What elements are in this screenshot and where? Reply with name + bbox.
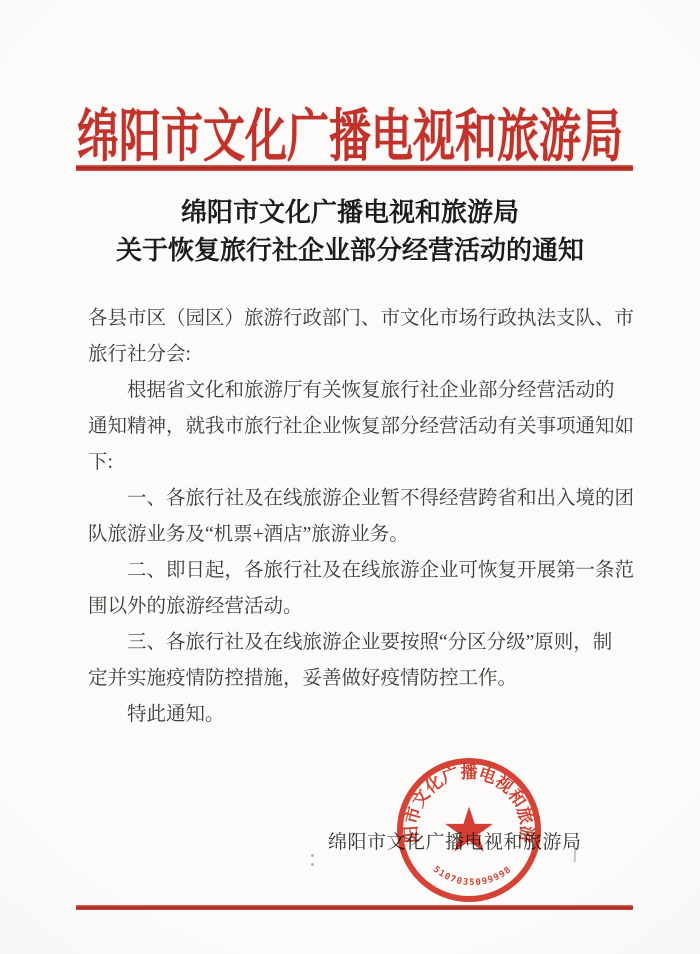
letterhead-bureau-title: 绵阳市文化广播电视和旅游局 (0, 92, 700, 173)
body-line: 下: (88, 445, 640, 481)
footer-divider (76, 905, 633, 910)
body-line: 各县市区（园区）旅游行政部门、市文化市场行政执法支队、市 (88, 301, 640, 337)
body-line: 一、各旅行社及在线旅游企业暂不得经营跨省和出入境的团 (88, 481, 640, 517)
body-line: 三、各旅行社及在线旅游企业要按照“分区分级”原则，制 (88, 625, 640, 661)
body-line: 围以外的旅游经营活动。 (88, 589, 640, 625)
scan-artifact (311, 854, 314, 857)
body-line: 旅行社分会: (88, 337, 640, 373)
document-page: 绵阳市文化广播电视和旅游局 绵阳市文化广播电视和旅游局 关于恢复旅行社企业部分经… (0, 0, 700, 954)
body-line: 定并实施疫情防控措施，妥善做好疫情防控工作。 (88, 661, 640, 697)
seal-star-icon: ★ (441, 794, 497, 867)
notice-title-line1: 绵阳市文化广播电视和旅游局 (0, 194, 700, 232)
seal-code: 5107035099998 (431, 865, 514, 888)
body-line: 根据省文化和旅游厅有关恢复旅行社企业部分经营活动的 (88, 373, 640, 409)
notice-body: 各县市区（园区）旅游行政部门、市文化市场行政执法支队、市 旅行社分会: 根据省文… (88, 301, 640, 733)
body-line: 队旅游业务及“机票+酒店”旅游业务。 (88, 517, 640, 553)
letterhead-divider (76, 165, 633, 171)
body-line: 通知精神，就我市旅行社企业恢复部分经营活动有关事项通知如 (88, 409, 640, 445)
body-line: 特此通知。 (88, 697, 640, 733)
body-line: 二、即日起，各旅行社及在线旅游企业可恢复开展第一条范 (88, 553, 640, 589)
official-seal: ★ 绵阳市文化广播电视和旅游局 5107035099998 (393, 754, 545, 906)
notice-title: 绵阳市文化广播电视和旅游局 关于恢复旅行社企业部分经营活动的通知 (0, 194, 700, 270)
notice-title-line2: 关于恢复旅行社企业部分经营活动的通知 (0, 232, 700, 270)
